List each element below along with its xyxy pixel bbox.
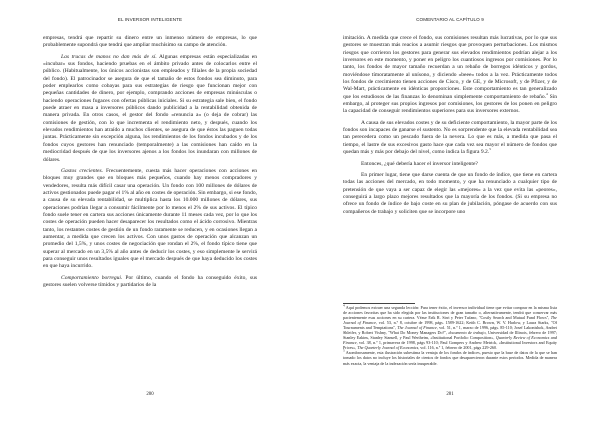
left-body-text: empresas, tendrá que repartir su dinero … xyxy=(43,35,257,289)
paragraph: Gastos crecientes. Frecuentemente, cuest… xyxy=(43,168,257,271)
footnote-divider xyxy=(343,303,415,304)
paragraph: En primer lugar, tiene que darse cuenta … xyxy=(343,172,557,216)
footnote-ref: 5 xyxy=(489,147,491,151)
left-page: EL INVERSOR INTELIGENTE empresas, tendrá… xyxy=(0,0,300,424)
paragraph: Comportamiento borregui. Por último, cua… xyxy=(43,275,257,290)
paragraph: imitación. A medida que crece el fondo, … xyxy=(343,35,557,116)
paragraph: A causa de sus elevados costes y de su d… xyxy=(343,120,557,157)
right-body-text: imitación. A medida que crece el fondo, … xyxy=(343,35,557,216)
right-page: COMENTARIO AL CAPÍTULO 9 imitación. A me… xyxy=(300,0,600,424)
page-number-right: 281 xyxy=(300,392,600,397)
footnote: 5 Asombrosamente, esta ilustración subes… xyxy=(343,350,557,365)
paragraph: Entonces, ¿qué debería hacer el inversor… xyxy=(343,161,557,168)
paragraph-heading: Comportamiento borregui. xyxy=(61,275,122,281)
paragraph-heading: Gastos crecientes. xyxy=(61,168,103,174)
footnote: 4 Aquí podemos extraer una segunda lecci… xyxy=(343,305,557,350)
paragraph-heading: Las trucas de manos no dan más de sí. xyxy=(61,54,157,60)
footnotes: 4 Aquí podemos extraer una segunda lecci… xyxy=(343,305,557,366)
paragraph: Las trucas de manos no dan más de sí. Al… xyxy=(43,54,257,164)
running-head-right: COMENTARIO AL CAPÍTULO 9 xyxy=(300,17,600,22)
running-head-left: EL INVERSOR INTELIGENTE xyxy=(0,17,300,22)
paragraph: empresas, tendrá que repartir su dinero … xyxy=(43,35,257,50)
page-number-left: 280 xyxy=(0,392,300,397)
